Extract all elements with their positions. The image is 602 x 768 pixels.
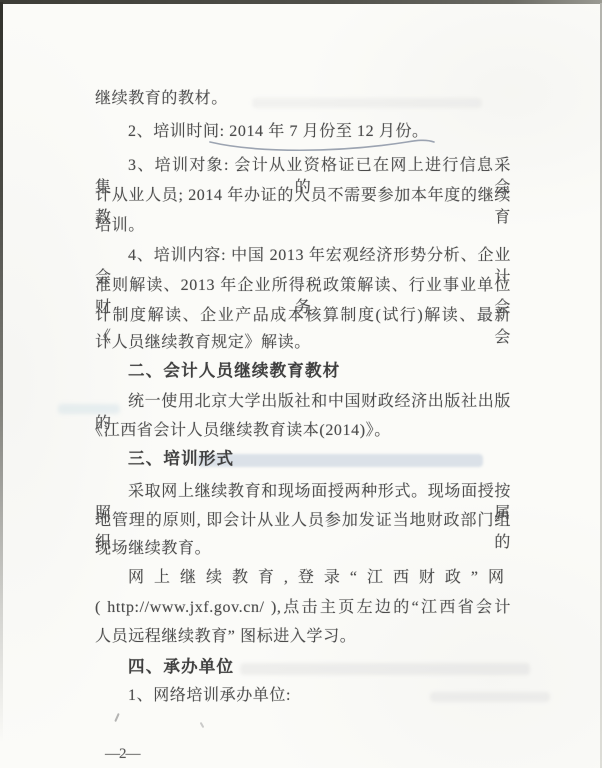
section-heading-2: 二、会计人员继续教育教材 <box>95 360 511 382</box>
body-line: 人员远程继续教育” 图标进入学习。 <box>95 626 511 648</box>
ink-speck <box>114 713 119 722</box>
scanned-document-page: 继续教育的教材。 2、培训时间: 2014 年 7 月份至 12 月份。 3、培… <box>0 0 602 768</box>
body-line: 培训。 <box>95 215 511 237</box>
handwritten-underline <box>202 136 442 156</box>
section-heading-4: 四、承办单位 <box>95 656 511 678</box>
scan-edge-left <box>0 2 3 742</box>
body-line-website-url: ( http://www.jxf.gov.cn/ ),点击主页左边的“江西省会计 <box>95 597 511 619</box>
page-number: —2— <box>105 746 140 763</box>
body-line: 现场继续教育。 <box>95 538 511 560</box>
body-line: 1、网络培训承办单位: <box>95 685 511 707</box>
body-line: 继续教育的教材。 <box>95 88 511 110</box>
ink-speck <box>200 722 205 728</box>
scan-edge-top <box>0 0 602 4</box>
body-line: 计人员继续教育规定》解读。 <box>95 332 511 354</box>
handwritten-underline-stroke <box>210 140 434 150</box>
section-heading-3: 三、培训形式 <box>95 448 511 470</box>
body-line: 网上继续教育,登录“江西财政”网 <box>95 567 511 589</box>
body-line: 《江西省会计人员继续教育读本(2014)》。 <box>95 420 511 442</box>
